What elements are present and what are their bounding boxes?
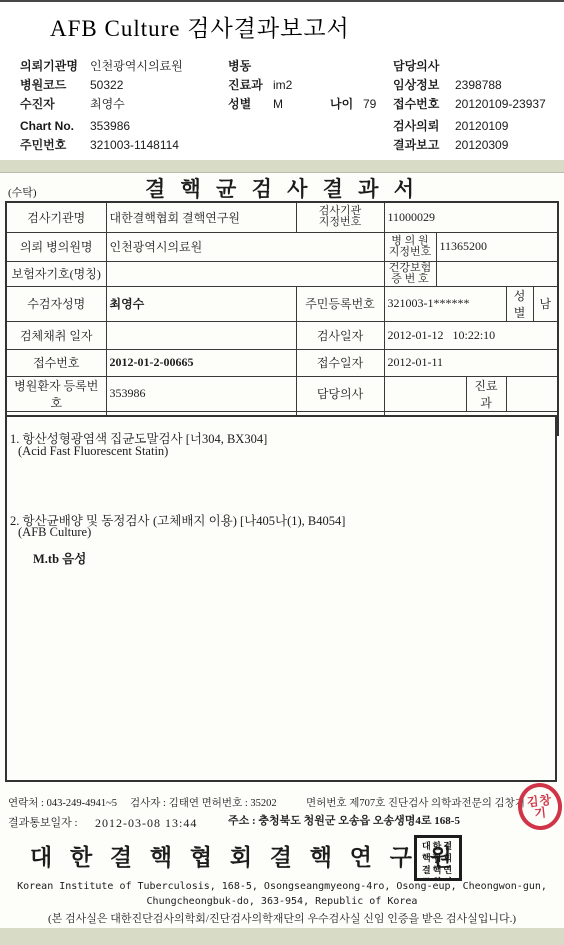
label-line2: 증 번 호 — [388, 274, 433, 285]
cell-value — [506, 376, 558, 411]
cell-label: 의뢰 병의원명 — [6, 232, 106, 261]
field-value: 353986 — [90, 119, 130, 133]
institute-seal-stamp: 대한결핵협회결핵연구원인 — [414, 835, 462, 881]
header-column-middle: 병동 진료과 im2 성별 M 나이 79 — [228, 56, 393, 113]
cell-label: 검체채취 일자 — [6, 321, 106, 349]
field-label: 병동 — [228, 57, 273, 74]
field-value: 최영수 — [90, 95, 125, 112]
results-box: 1. 항산성형광염색 집균도말검사 [너304, BX304] (Acid Fa… — [5, 415, 557, 782]
field-value: 20120109-23937 — [455, 97, 546, 111]
table-row: 수검자성명 최영수 주민등록번호 321003-1****** 성별 남 — [6, 286, 558, 321]
age-value: 79 — [363, 97, 376, 111]
report-screen: AFB Culture 검사결과보고서 의뢰기관명 인천광역시의료원 병원코드 … — [0, 0, 564, 945]
table-row: 병원환자 등록번호 353986 담당의사 진료과 — [6, 376, 558, 411]
cell-label: 검사기관명 — [6, 202, 106, 232]
cell-value — [106, 321, 296, 349]
cell-label: 보험자기호(명칭) — [6, 261, 106, 286]
cell-label: 검사기관 지정번호 — [296, 202, 384, 232]
institute-address-en-1: Korean Institute of Tuberculosis, 168-5,… — [0, 881, 564, 892]
test2-method: (고체배지 이용) [나405나(1), B4054] — [153, 511, 345, 529]
cell-value — [384, 376, 466, 411]
field-label: 수진자 — [20, 95, 90, 112]
field-chart-no: Chart No. 353986 — [20, 116, 230, 135]
field-ward: 병동 — [228, 56, 393, 75]
footer-report-date: 2012-03-08 13:44 — [95, 816, 197, 831]
field-value: 2398788 — [455, 78, 502, 92]
institute-address-en-2: Chungcheongbuk-do, 363-954, Republic of … — [0, 896, 564, 907]
footer-report-date-label: 결과통보일자 : — [8, 814, 78, 830]
field-label: 임상정보 — [393, 76, 455, 93]
field-value: 50322 — [90, 78, 123, 92]
cell-label: 접수일자 — [296, 349, 384, 376]
field-value: im2 — [273, 78, 292, 92]
report-title: AFB Culture 검사결과보고서 — [50, 10, 350, 43]
institute-name: 대 한 결 핵 협 회 결 핵 연 구 원 — [30, 839, 450, 872]
cell-value — [436, 261, 558, 286]
field-label: 결과보고 — [393, 136, 455, 153]
cell-label: 건강보험 증 번 호 — [384, 261, 436, 286]
table-row: 의뢰 병의원명 인천광역시의료원 병 의 원 지정번호 11365200 — [6, 232, 558, 261]
age-label: 나이 — [330, 95, 363, 112]
cell-value: 353986 — [106, 376, 296, 411]
field-label: 검사의뢰 — [393, 117, 455, 134]
field-request-org: 의뢰기관명 인천광역시의료원 — [20, 56, 230, 75]
app-header: AFB Culture 검사결과보고서 의뢰기관명 인천광역시의료원 병원코드 … — [0, 2, 564, 160]
field-doctor: 담당의사 — [393, 56, 561, 75]
sex-value: M — [273, 97, 330, 111]
footer-specialist: 면허번호 제707호 진단검사 의학과전문의 김창기 — [306, 795, 525, 810]
field-value: 20120109 — [455, 119, 508, 133]
field-patient-name: 수진자 최영수 — [20, 94, 230, 113]
field-label: 진료과 — [228, 76, 273, 93]
field-label: Chart No. — [20, 119, 90, 133]
field-hospital-code: 병원코드 50322 — [20, 75, 230, 94]
cell-label: 성별 — [506, 286, 533, 321]
cell-label: 접수번호 — [6, 349, 106, 376]
field-label: 의뢰기관명 — [20, 57, 90, 74]
cell-value: 11000029 — [384, 202, 558, 232]
field-accession-no: 접수번호 20120109-23937 — [393, 94, 561, 113]
cell-value: 321003-1****** — [384, 286, 506, 321]
sex-label: 성별 — [228, 95, 273, 112]
field-sex-age: 성별 M 나이 79 — [228, 94, 393, 113]
table-row: 보험자기호(명칭) 건강보험 증 번 호 — [6, 261, 558, 286]
cell-value: 남 — [533, 286, 558, 321]
footer-contact: 연락처 : 043-249-4941~5 — [8, 795, 117, 810]
footer-examiner: 검사자 : 김태연 면허번호 : 35202 — [130, 795, 277, 810]
field-label: 접수번호 — [393, 95, 455, 112]
cell-value: 인천광역시의료원 — [106, 232, 384, 261]
cell-label: 담당의사 — [296, 376, 384, 411]
cell-label: 진료과 — [466, 376, 506, 411]
cell-value: 2012-01-2-00665 — [106, 349, 296, 376]
field-resident-no: 주민번호 321003-1148114 — [20, 135, 230, 154]
certification-note: (본 검사실은 대한진단검사의학회/진단검사의학재단의 우수검사실 신임 인증을… — [0, 910, 564, 926]
cell-value: 2012-01-11 — [384, 349, 558, 376]
cell-value: 대한결핵협회 결핵연구원 — [106, 202, 296, 232]
header-column-left: 의뢰기관명 인천광역시의료원 병원코드 50322 수진자 최영수 Chart … — [20, 56, 230, 154]
footer-address: 주소 : 충청북도 청원군 오송읍 오송생명4로 168-5 — [228, 812, 460, 828]
field-value: 인천광역시의료원 — [90, 57, 183, 74]
field-label: 주민번호 — [20, 136, 90, 153]
label-line1: 건강보험 — [388, 263, 433, 274]
scanned-result-sheet: (수탁) 결 핵 균 검 사 결 과 서 검사기관명 대한결핵협회 결핵연구원 … — [0, 172, 564, 928]
field-value: 20120309 — [455, 138, 508, 152]
cell-label: 검사일자 — [296, 321, 384, 349]
cell-label: 병원환자 등록번호 — [6, 376, 106, 411]
field-result-date: 결과보고 20120309 — [393, 135, 561, 154]
doctor-seal-stamp: 김창기 — [516, 781, 564, 832]
field-department: 진료과 im2 — [228, 75, 393, 94]
cell-label: 수검자성명 — [6, 286, 106, 321]
header-column-right: 담당의사 임상정보 2398788 접수번호 20120109-23937 검사… — [393, 56, 561, 154]
result-sheet-table: 검사기관명 대한결핵협회 결핵연구원 검사기관 지정번호 11000029 의뢰… — [5, 201, 559, 436]
table-row: 검사기관명 대한결핵협회 결핵연구원 검사기관 지정번호 11000029 — [6, 202, 558, 232]
field-label: 담당의사 — [393, 57, 455, 74]
label-line2: 지정번호 — [388, 247, 433, 258]
field-value: 321003-1148114 — [90, 138, 179, 152]
test1-subtitle: (Acid Fast Fluorescent Statin) — [18, 444, 168, 459]
table-row: 접수번호 2012-01-2-00665 접수일자 2012-01-11 — [6, 349, 558, 376]
sheet-title: 결 핵 균 검 사 결 과 서 — [0, 173, 564, 203]
cell-value: 최영수 — [106, 286, 296, 321]
field-label: 병원코드 — [20, 76, 90, 93]
table-row: 검체채취 일자 검사일자 2012-01-12 10:22:10 — [6, 321, 558, 349]
cell-value: 2012-01-12 10:22:10 — [384, 321, 558, 349]
field-clinical-info: 임상정보 2398788 — [393, 75, 561, 94]
field-order-date: 검사의뢰 20120109 — [393, 116, 561, 135]
label-line1: 병 의 원 — [388, 236, 433, 247]
cell-label: 병 의 원 지정번호 — [384, 232, 436, 261]
test2-result: M.tb 음성 — [33, 549, 86, 567]
cell-value: 11365200 — [436, 232, 558, 261]
cell-value — [106, 261, 384, 286]
test2-subtitle: (AFB Culture) — [18, 525, 91, 540]
doctor-seal-text: 김창기 — [526, 793, 554, 820]
label-line2: 지정번호 — [300, 217, 381, 228]
cell-label: 주민등록번호 — [296, 286, 384, 321]
